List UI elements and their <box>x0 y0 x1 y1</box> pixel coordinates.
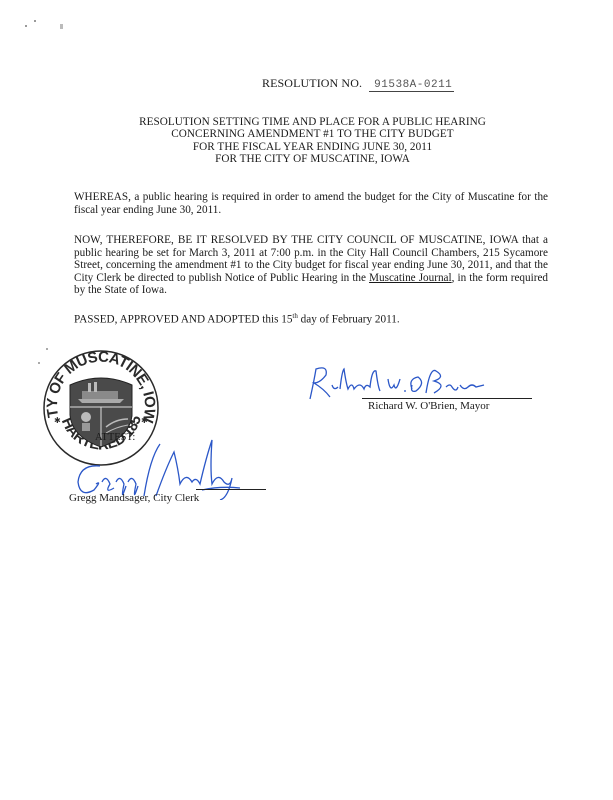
scan-speck <box>25 25 27 27</box>
title-line: FOR THE CITY OF MUSCATINE, IOWA <box>100 153 525 165</box>
whereas-paragraph: WHEREAS, a public hearing is required in… <box>74 191 548 216</box>
title-line: FOR THE FISCAL YEAR ENDING JUNE 30, 2011 <box>100 141 525 153</box>
passed-adopted-line: PASSED, APPROVED AND ADOPTED this 15th d… <box>74 310 548 326</box>
resolution-number-line: RESOLUTION NO. 91538A-0211 <box>262 76 454 92</box>
scan-speck <box>60 24 63 29</box>
now-therefore-paragraph: NOW, THEREFORE, BE IT RESOLVED BY THE CI… <box>74 234 548 297</box>
newspaper-name: Muscatine Journal <box>369 272 452 284</box>
title-line: RESOLUTION SETTING TIME AND PLACE FOR A … <box>100 116 525 128</box>
resolution-title: RESOLUTION SETTING TIME AND PLACE FOR A … <box>100 116 525 165</box>
passed-text: PASSED, APPROVED AND ADOPTED this 15 <box>74 314 292 326</box>
svg-text:✱: ✱ <box>54 416 61 425</box>
scan-speck <box>38 362 40 364</box>
resolution-label: RESOLUTION NO. <box>262 76 362 90</box>
scan-speck <box>34 20 36 22</box>
title-line: CONCERNING AMENDMENT #1 TO THE CITY BUDG… <box>100 128 525 140</box>
mayor-signature-line <box>362 398 532 399</box>
clerk-signature-line <box>196 489 266 490</box>
mayor-signature <box>306 363 486 403</box>
mayor-name: Richard W. O'Brien, Mayor <box>368 400 489 412</box>
passed-date-text: day of February 2011. <box>298 314 400 326</box>
svg-text:✱: ✱ <box>141 416 148 425</box>
clerk-signature <box>70 438 260 500</box>
resolution-number: 91538A-0211 <box>369 79 454 92</box>
clerk-name: Gregg Mandsager, City Clerk <box>69 492 199 504</box>
